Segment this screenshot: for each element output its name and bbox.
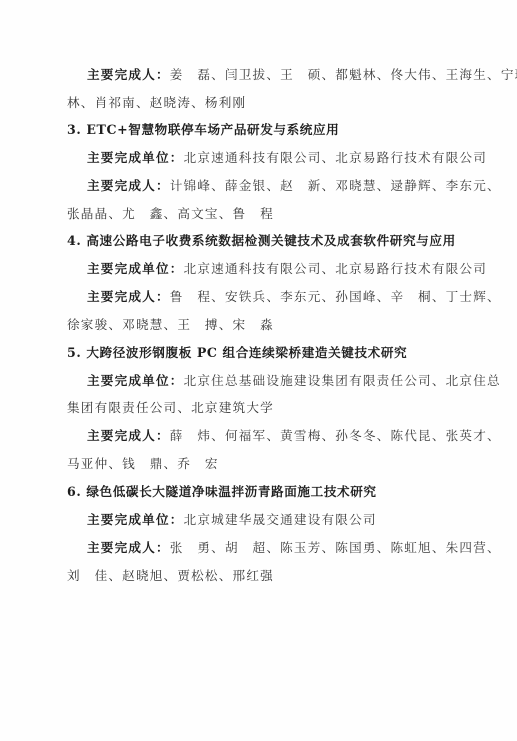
persons-line-continued: 刘 佳、赵晓旭、贾松松、邢红强: [67, 566, 453, 586]
persons-line: 主要完成人：张 勇、胡 超、陈玉芳、陈国勇、陈虹旭、朱四营、: [87, 538, 453, 558]
units-line: 主要完成单位：北京速通科技有限公司、北京易路行技术有限公司: [87, 259, 453, 279]
persons-names: 张 勇、胡 超、陈玉芳、陈国勇、陈虹旭、朱四营、: [170, 540, 501, 555]
persons-line-continued: 林、肖祁南、赵晓涛、杨利刚: [67, 93, 453, 113]
units-names: 北京速通科技有限公司、北京易路行技术有限公司: [184, 150, 487, 165]
units-label: 主要完成单位：: [87, 512, 184, 527]
persons-line: 主要完成人：计锦峰、薛金银、赵 新、邓晓慧、逯静辉、李东元、: [87, 176, 453, 196]
item-title: 4. 高速公路电子收费系统数据检测关键技术及成套软件研究与应用: [67, 231, 453, 251]
persons-line: 主要完成人：姜 磊、闫卫拔、王 硕、都魁林、佟大伟、王海生、宁瑞: [87, 65, 453, 85]
persons-label: 主要完成人：: [87, 428, 170, 443]
units-line-continued: 集团有限责任公司、北京建筑大学: [67, 398, 453, 418]
item-title: 5. 大跨径波形钢腹板 PC 组合连续梁桥建造关键技术研究: [67, 343, 453, 363]
units-label: 主要完成单位：: [87, 373, 184, 388]
units-names: 北京城建华晟交通建设有限公司: [184, 512, 377, 527]
persons-label: 主要完成人：: [87, 178, 170, 193]
persons-names: 计锦峰、薛金银、赵 新、邓晓慧、逯静辉、李东元、: [170, 178, 501, 193]
persons-label: 主要完成人：: [87, 289, 170, 304]
item-title: 3. ETC+智慧物联停车场产品研发与系统应用: [67, 120, 453, 140]
item-title: 6. 绿色低碳长大隧道净味温拌沥青路面施工技术研究: [67, 482, 453, 502]
units-line: 主要完成单位：北京住总基础设施建设集团有限责任公司、北京住总: [87, 371, 453, 391]
units-label: 主要完成单位：: [87, 261, 184, 276]
persons-label: 主要完成人：: [87, 540, 170, 555]
persons-line-continued: 徐家骏、邓晓慧、王 搏、宋 淼: [67, 315, 453, 335]
persons-line-continued: 张晶晶、尤 鑫、高文宝、鲁 程: [67, 204, 453, 224]
persons-line-continued: 马亚仲、钱 鼎、乔 宏: [67, 454, 453, 474]
persons-label: 主要完成人：: [87, 67, 170, 82]
units-names: 北京住总基础设施建设集团有限责任公司、北京住总: [184, 373, 501, 388]
units-names: 北京速通科技有限公司、北京易路行技术有限公司: [184, 261, 487, 276]
persons-names: 薛 炜、何福军、黄雪梅、孙冬冬、陈代昆、张英才、: [170, 428, 501, 443]
persons-line: 主要完成人：鲁 程、安铁兵、李东元、孙国峰、辛 桐、丁士辉、: [87, 287, 453, 307]
persons-names: 鲁 程、安铁兵、李东元、孙国峰、辛 桐、丁士辉、: [170, 289, 501, 304]
units-label: 主要完成单位：: [87, 150, 184, 165]
units-line: 主要完成单位：北京速通科技有限公司、北京易路行技术有限公司: [87, 148, 453, 168]
persons-line: 主要完成人：薛 炜、何福军、黄雪梅、孙冬冬、陈代昆、张英才、: [87, 426, 453, 446]
persons-names: 姜 磊、闫卫拔、王 硕、都魁林、佟大伟、王海生、宁瑞: [170, 67, 517, 82]
units-line: 主要完成单位：北京城建华晟交通建设有限公司: [87, 510, 453, 530]
document-page: 主要完成人：姜 磊、闫卫拔、王 硕、都魁林、佟大伟、王海生、宁瑞 林、肖祁南、赵…: [0, 0, 517, 741]
